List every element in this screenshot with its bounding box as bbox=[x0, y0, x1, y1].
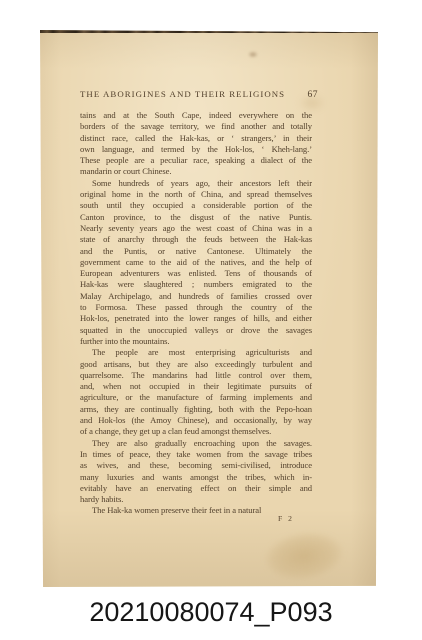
running-head: THE ABORIGINES AND THEIR RELIGIONS 67 bbox=[80, 89, 318, 100]
text-line: These people are a peculiar race, speaki… bbox=[80, 155, 312, 166]
text-block: tains and at the South Cape, indeed ever… bbox=[80, 110, 312, 517]
text-line: squatted in the unoccupied valleys or dr… bbox=[80, 325, 312, 336]
page-deckle-edge bbox=[40, 30, 378, 33]
book-page: THE ABORIGINES AND THEIR RELIGIONS 67 ta… bbox=[40, 30, 378, 587]
paragraph: They are also gradually encroaching upon… bbox=[80, 438, 312, 506]
text-line: tains and at the South Cape, indeed ever… bbox=[80, 110, 312, 121]
text-line: quarrelsome. The mandarins had little co… bbox=[80, 370, 312, 381]
text-line: hardy habits. bbox=[80, 494, 312, 505]
text-line: borders of the savage territory, we find… bbox=[80, 121, 312, 132]
text-line: Canton province, to the disgust of the n… bbox=[80, 212, 312, 223]
text-line: further into the mountains. bbox=[80, 336, 312, 347]
text-line: of a change, they get up a clan feud amo… bbox=[80, 426, 312, 437]
text-line: own language, and termed by the Hok-los,… bbox=[80, 144, 312, 155]
text-line: original home in the north of China, and… bbox=[80, 189, 312, 200]
caption-text: 20210080074_P093 bbox=[89, 597, 332, 627]
paragraph: Some hundreds of years ago, their ancest… bbox=[80, 178, 312, 347]
text-line: They are also gradually encroaching upon… bbox=[80, 438, 312, 449]
text-line: Hak-kas were slaughtered ; numbers emigr… bbox=[80, 279, 312, 290]
text-line: government came to the aid of the native… bbox=[80, 257, 312, 268]
text-line: and, when not occupied in their legitima… bbox=[80, 381, 312, 392]
text-line: In times of peace, they take women from … bbox=[80, 449, 312, 460]
paper-speck bbox=[248, 51, 258, 58]
page-number: 67 bbox=[308, 90, 319, 100]
text-line: The people are most enterprising agricul… bbox=[80, 347, 312, 358]
text-line: arms, they are continually fighting, bot… bbox=[80, 404, 312, 415]
text-line: distinct race, called the Hak-kas, or ‘ … bbox=[80, 133, 312, 144]
signature-mark: F 2 bbox=[278, 514, 294, 523]
screenshot-root: THE ABORIGINES AND THEIR RELIGIONS 67 ta… bbox=[0, 0, 422, 640]
text-line: many luxuries and wants amongst the trib… bbox=[80, 472, 312, 483]
paper-stain bbox=[262, 528, 346, 584]
text-line: Hok-los, penetrated into the lower range… bbox=[80, 313, 312, 324]
text-line: to Formosa. These passed through the cou… bbox=[80, 302, 312, 313]
text-line: as wives, and these, becoming semi-civil… bbox=[80, 460, 312, 471]
text-line: mandarin or court Chinese. bbox=[80, 166, 312, 177]
text-line: and the Puntis, or native Cantonese. Ult… bbox=[80, 246, 312, 257]
text-line: agriculture, or the manufacture of farmi… bbox=[80, 392, 312, 403]
text-line: evitably have an enervating effect on th… bbox=[80, 483, 312, 494]
text-line: Malay Archipelago, and hundreds of famil… bbox=[80, 291, 312, 302]
text-line: good artisans, but they are also exceedi… bbox=[80, 359, 312, 370]
paragraph: The people are most enterprising agricul… bbox=[80, 347, 312, 437]
text-line: and Hok-los (the Amoy Chinese), and occa… bbox=[80, 415, 312, 426]
running-head-title: THE ABORIGINES AND THEIR RELIGIONS bbox=[80, 89, 285, 99]
text-line: Nearly seventy years ago the west coast … bbox=[80, 223, 312, 234]
caption: 20210080074_P093 bbox=[0, 587, 422, 640]
text-line: state of anarchy through the feuds betwe… bbox=[80, 234, 312, 245]
text-line: Some hundreds of years ago, their ancest… bbox=[80, 178, 312, 189]
paragraph: tains and at the South Cape, indeed ever… bbox=[80, 110, 312, 178]
text-line: south until they occupied a considerable… bbox=[80, 200, 312, 211]
text-line: European adventurers was enlisted. Tens … bbox=[80, 268, 312, 279]
